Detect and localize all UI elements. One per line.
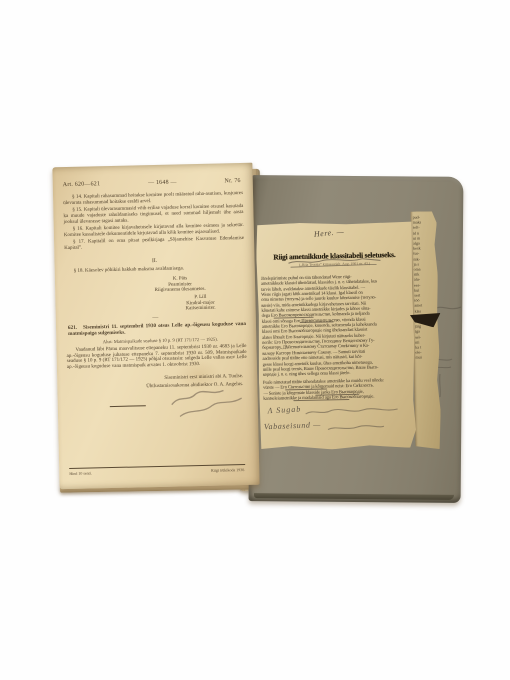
signatory-subtitle: Riigivanema ülesannetes. <box>125 286 235 294</box>
final-paragraph: § 18. Käesolev põhikiri hakkab maksma av… <box>65 265 245 274</box>
newspaper-clipping: pud-maksselt-id nui malgakesktus-nik-ja … <box>255 211 442 457</box>
signature-block-2: P. Lill Kindral-major Kaitseminister. <box>161 294 239 313</box>
printed-divider-rule <box>110 405 146 407</box>
clipping-second-column: pud-maksselt-id nui malgakesktus-nik-ja … <box>410 211 441 449</box>
pencil-underline <box>293 399 349 401</box>
price-note: Hind 10 senti. <box>69 470 92 476</box>
signatory-subtitle: Kaitseminister. <box>162 305 240 312</box>
clipping-body: Järelepärimiste puhul on siin tähendatud… <box>261 273 412 378</box>
page-header: Art. 620—621 — 1648 — Nr. 76 <box>63 178 241 188</box>
book-photo: Art. 620—621 — 1648 — Nr. 76 § 14. Kapit… <box>0 0 510 680</box>
statute-paragraph: § 15. Kapitali ülevarasummasid võib eril… <box>63 204 243 225</box>
printer-note: Riigi trükikoda 1930. <box>211 467 245 473</box>
signature-block-1: K. Päts Peaminister Riigivanema ülesanne… <box>125 275 235 294</box>
handwritten-here-note: Here. — <box>314 227 345 239</box>
pencil-squiggle-1 <box>304 405 400 419</box>
decree-body: Vaadanud läbi Pärnu maavalitsuse ettepan… <box>66 344 246 371</box>
decree-title-text: Siseministri 11. septembril 1930 otsus L… <box>68 321 246 337</box>
article-range: Art. 620—621 <box>63 181 101 188</box>
decree-basis: Alus: Matmispaikade seaduse § 10 p. 9 (R… <box>80 336 240 345</box>
left-page: Art. 620—621 — 1648 — Nr. 76 § 14. Kapit… <box>52 163 259 489</box>
clipping-main-column: Here. — Riigi ametnikkude klassitabeli s… <box>256 221 417 451</box>
pencil-scribble-page <box>153 385 250 429</box>
page-number: — 1648 — <box>148 179 177 186</box>
issue-number: Nr. 76 <box>224 178 240 184</box>
pencil-squiggle-2 <box>326 422 386 433</box>
pencil-scribble-subline <box>284 255 384 269</box>
clipping-strip-line: mui <box>415 355 437 361</box>
statute-paragraph: § 17. Kapitalil on oma pitsat pealkirjag… <box>64 236 244 252</box>
decree-title: 621.Siseministri 11. septembril 1930 ots… <box>68 322 246 338</box>
handwritten-note-line-2: Vabaseisund — <box>264 420 321 431</box>
statute-paragraphs: § 14. Kapitali rahasummad hoitakse komit… <box>63 191 244 254</box>
handwritten-note-line-1: Λ Sugab <box>267 404 301 415</box>
